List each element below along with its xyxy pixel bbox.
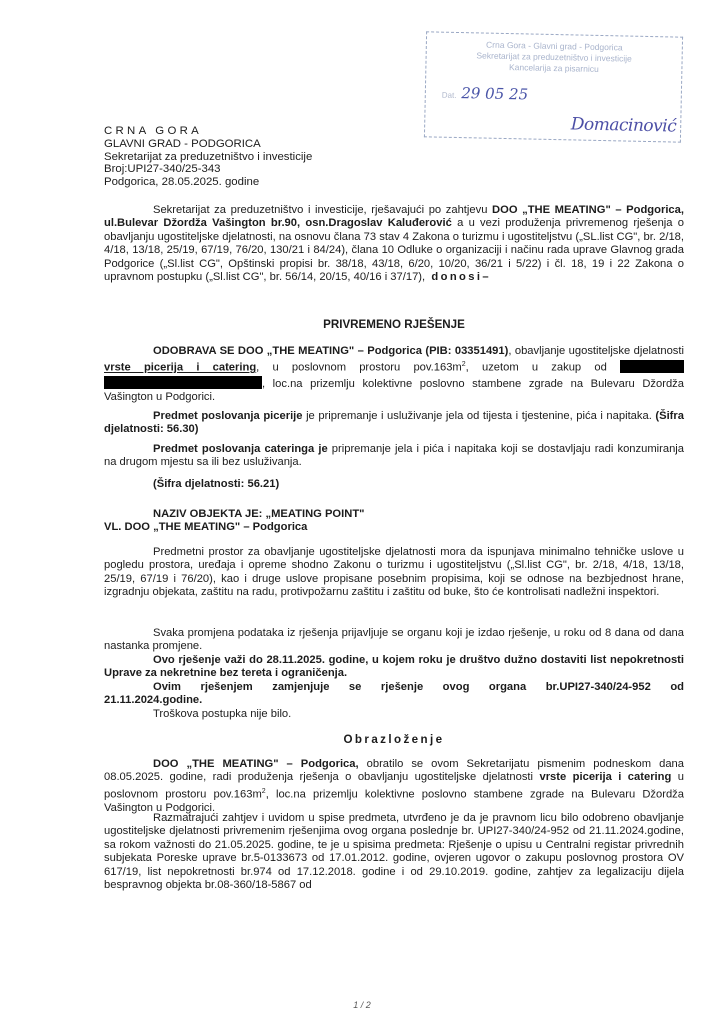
object-block: NAZIV OBJEKTA JE: „MEATING POINT" VL. DO… [104,508,684,535]
reasoning-title: Obrazloženje [104,733,684,746]
reasoning-company: DOO „THE MEATING" – Podgorica, [153,758,359,770]
redaction-box [620,360,684,373]
pizzeria-subject: Predmet poslovanja picerije [153,410,303,422]
header-office: Sekretarijat za preduzetništvo i investi… [104,151,312,164]
stamp-date-handwritten: 29 05 25 [461,84,528,103]
reasoning-paragraph-1: DOO „THE MEATING" – Podgorica, obratilo … [104,758,684,815]
catering-paragraph: Predmet poslovanja cateringa je priprema… [104,443,684,470]
approval-text-1: , obavljanje ugostiteljske djelatnosti [508,345,684,357]
intro-text-1: Sekretarijat za preduzetništvo i investi… [153,204,492,216]
reception-stamp: Crna Gora - Glavni grad - Podgorica Sekr… [424,31,683,142]
catering-code-text: (Šifra djelatnosti: 56.21) [153,478,279,490]
reasoning-paragraph-2: Razmatrajući zahtjev i uvidom u spise pr… [104,812,684,892]
object-name: NAZIV OBJEKTA JE: „MEATING POINT" [153,508,364,520]
header-country: CRNA GORA [104,125,312,138]
stamp-date: Dat. 29 05 25 [442,88,562,104]
stamp-signature: Domacinović [571,119,677,132]
conditions-paragraph: Predmetni prostor za obavljanje ugostite… [104,546,684,600]
header-place-date: Podgorica, 28.05.2025. godine [104,176,312,189]
header-number: Broj:UPI27-340/25-343 [104,163,312,176]
pizzeria-paragraph: Predmet poslovanja picerije je pripreman… [104,410,684,437]
catering-subject: Predmet poslovanja cateringa je [153,443,328,455]
approval-text-3: , uzetom u zakup od [466,362,607,374]
intro-paragraph: Sekretarijat za preduzetništvo i investi… [104,204,684,284]
approval-activity: vrste picerija i catering [104,362,256,374]
approval-text-2: , u poslovnom prostoru pov.163m [256,362,462,374]
change-notice-paragraph: Svaka promjena podataka iz rješenja prij… [104,627,684,654]
costs-paragraph: Troškova postupka nije bilo. [104,708,684,721]
object-owner: VL. DOO „THE MEATING" – Podgorica [104,521,307,533]
approval-company: ODOBRAVA SE DOO „THE MEATING" – Podgoric… [153,345,508,357]
validity-paragraph: Ovo rješenje važi do 28.11.2025. godine,… [104,654,684,681]
intro-donosi: donosi– [431,271,491,283]
pizzeria-text: je pripremanje i usluživanje jela od tij… [303,410,656,422]
stamp-date-prefix: Dat. [442,91,457,100]
reasoning-activity: vrste picerija i catering [539,771,671,783]
document-header: CRNA GORA GLAVNI GRAD - PODGORICA Sekret… [104,125,312,189]
decision-title: PRIVREMENO RJEŠENJE [104,318,684,331]
page-number: 1 / 2 [0,1000,724,1010]
redaction-box [104,376,262,389]
approval-paragraph: ODOBRAVA SE DOO „THE MEATING" – Podgoric… [104,345,684,404]
catering-code: (Šifra djelatnosti: 56.21) [104,478,684,491]
replacement-paragraph: Ovim rješenjem zamjenjuje se rješenje ov… [104,681,684,708]
document-page: Crna Gora - Glavni grad - Podgorica Sekr… [0,0,724,1024]
header-city: GLAVNI GRAD - PODGORICA [104,138,312,151]
